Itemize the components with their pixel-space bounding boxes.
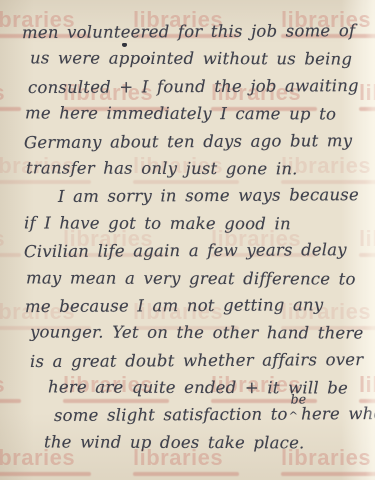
watermark-subtext-line	[0, 472, 91, 476]
watermark-subtext-line	[133, 472, 239, 476]
ink-blot	[122, 43, 127, 47]
insertion-caret: ^	[289, 410, 299, 423]
letter-line: may mean a very great difference to	[26, 268, 375, 297]
letter-line: me because I am not getting any	[25, 295, 375, 325]
watermark-subtext-line	[281, 472, 375, 476]
ink-blot	[147, 57, 150, 60]
scanned-letter-page: librarieslibrarieslibrarieslibrarieslibr…	[0, 0, 375, 480]
letter-line: Civilian life again a few years delay	[24, 240, 375, 270]
letter-line: the wind up does take place.	[44, 432, 375, 461]
handwritten-letter-body: men volunteered for this job some ofus w…	[0, 22, 375, 460]
letter-line: here are quite ended + it will be	[48, 378, 375, 407]
letter-line: men volunteered for this job some of	[22, 21, 375, 51]
letter-line: transfer has only just gone in.	[26, 158, 375, 187]
inserted-word-group: be^	[289, 405, 299, 424]
letter-line: me here immediately I came up to	[25, 104, 375, 133]
letter-line: consulted + I found the job awaiting	[28, 76, 375, 106]
letter-line: some slight satisfaction tobe^here when	[54, 404, 375, 433]
letter-line: if I have got to make good in	[24, 213, 375, 242]
letter-line: I am sorry in some ways because	[58, 185, 375, 214]
letter-line: Germany about ten days ago but my	[24, 130, 375, 160]
line-text: some slight satisfaction to	[54, 405, 288, 425]
letter-line: is a great doubt whether affairs over	[30, 350, 375, 379]
letter-line: us were appointed without us being	[30, 49, 375, 78]
letter-line: younger. Yet on the other hand there	[30, 323, 375, 352]
inserted-word: be	[291, 392, 307, 407]
line-text: here when	[301, 404, 375, 424]
